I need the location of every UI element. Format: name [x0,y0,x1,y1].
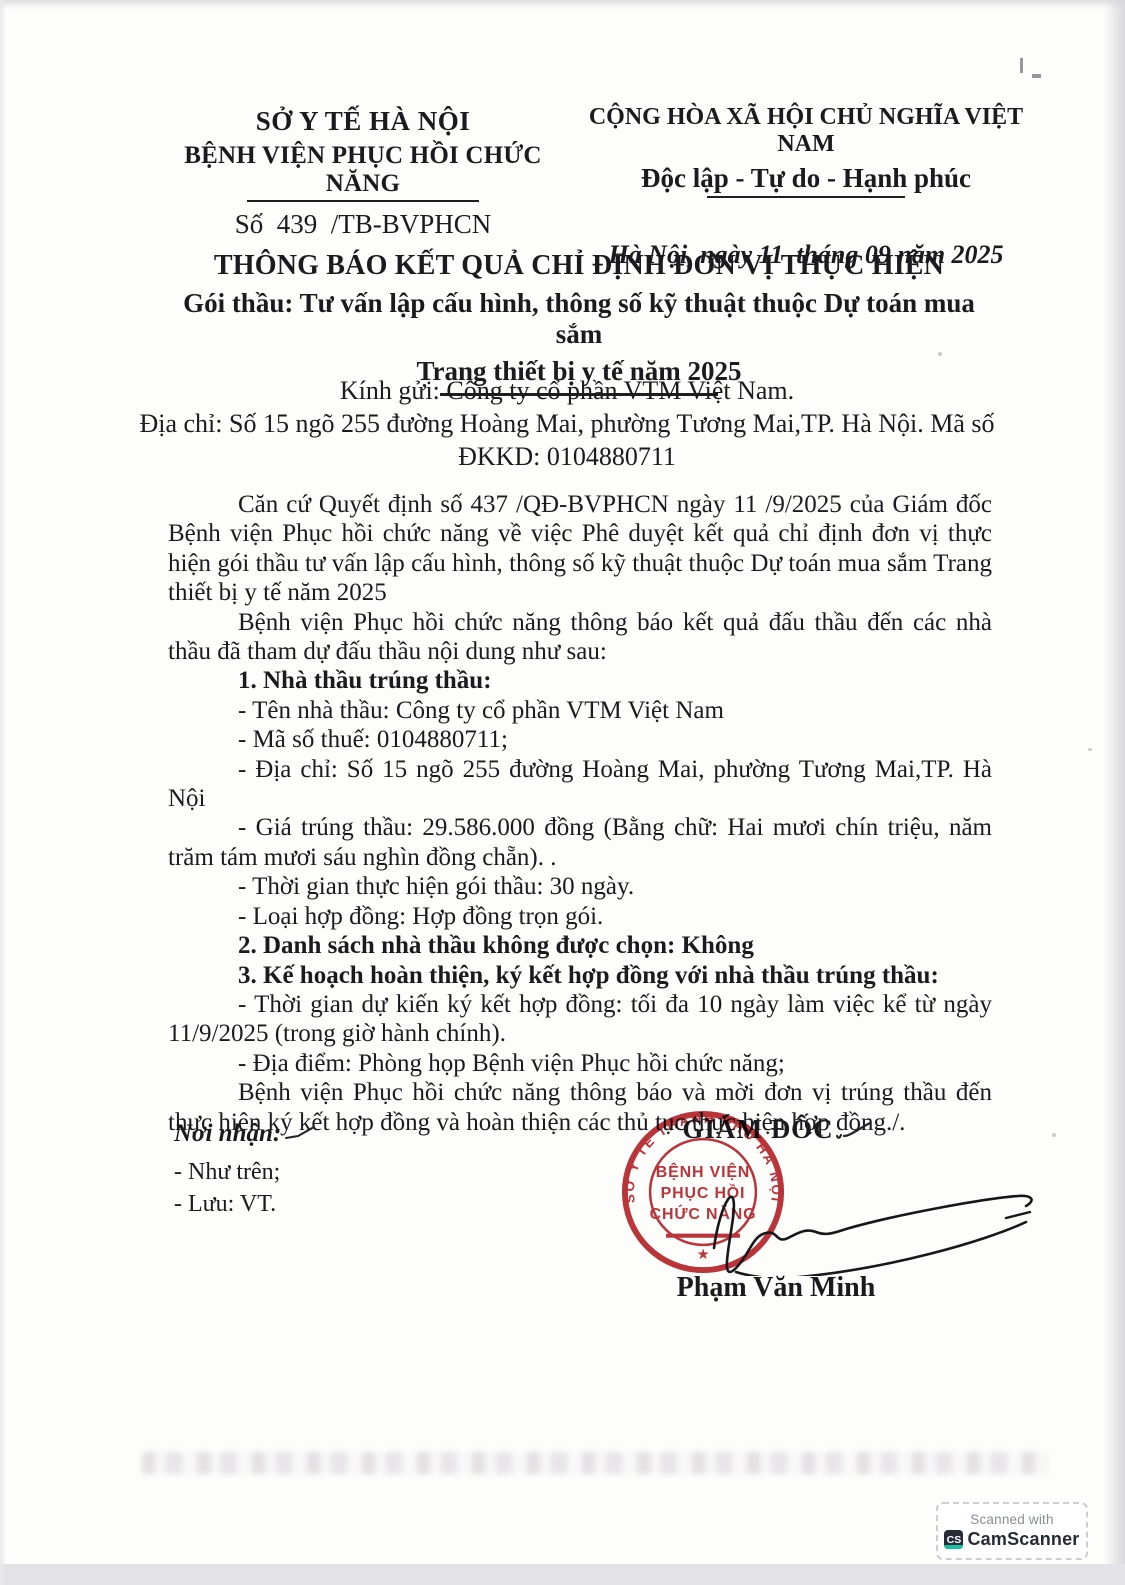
distribution-list: Nơi nhận: - Như trên; - Lưu: VT. [174,1118,317,1220]
issuing-agency-block: SỞ Y TẾ HÀ NỘI BỆNH VIỆN PHỤC HỒI CHỨC N… [148,106,578,240]
camscanner-badge[interactable]: Scanned with CS CamScanner [936,1502,1088,1560]
national-motto-line1: CỘNG HÒA XÃ HỘI CHỦ NGHĨA VIỆT NAM [566,104,1046,158]
recipient-block: Kính gửi: Công ty cổ phần VTM Việt Nam. … [132,374,1002,473]
scan-speck [1088,748,1092,751]
recipient-line2: Địa chỉ: Số 15 ngõ 255 đường Hoàng Mai, … [132,407,1002,440]
scan-edge-top [0,0,1125,9]
section1-item-tax-code: - Mã số thuế: 0104880711; [168,725,992,754]
scan-edge-left [0,0,7,1585]
section2-heading: 2. Danh sách nhà thầu không được chọn: K… [168,931,992,960]
handwritten-slash-mark [283,1125,317,1141]
scan-speck [938,352,942,356]
section1-item-address: - Địa chỉ: Số 15 ngõ 255 đường Hoàng Mai… [168,755,992,814]
recipient-line3: ĐKKD: 0104880711 [132,440,1002,473]
scan-edge-bottom [0,1564,1125,1585]
scan-corner-artifact [1020,58,1041,78]
hospital-name: BỆNH VIỆN PHỤC HỒI CHỨC NĂNG [148,142,578,198]
scan-speck [1052,1133,1056,1137]
paragraph-legal-basis: Căn cứ Quyết định số 437 /QĐ-BVPHCN ngày… [168,490,992,608]
document-body: Căn cứ Quyết định số 437 /QĐ-BVPHCN ngày… [168,490,992,1137]
national-motto-line2: Độc lập - Tự do - Hạnh phúc [566,163,1046,194]
camscanner-logo-icon: CS [944,1530,963,1549]
document-number: Số 439 /TB-BVPHCN [148,209,578,240]
section1-item-winning-price: - Giá trúng thầu: 29.586.000 đồng (Bằng … [168,813,992,872]
signer-name: Phạm Văn Minh [626,1272,926,1304]
section1-item-duration: - Thời gian thực hiện gói thầu: 30 ngày. [168,872,992,901]
hospital-name-underline [247,200,479,202]
camscanner-prefix: Scanned with [970,1512,1053,1527]
recipient-line1: Kính gửi: Công ty cổ phần VTM Việt Nam. [132,374,1002,407]
section1-heading: 1. Nhà thầu trúng thầu: [168,666,992,695]
scan-edge-right [1104,0,1125,1585]
section3-item-location: - Địa điểm: Phòng họp Bệnh viện Phục hồi… [168,1049,992,1078]
distribution-list-label: Nơi nhận: [174,1120,281,1147]
director-signature [688,1136,1048,1276]
distribution-list-heading: Nơi nhận: [174,1118,317,1150]
distribution-item: - Như trên; [174,1156,317,1188]
motto-underline [707,196,905,198]
camscanner-app-name: CamScanner [967,1529,1079,1550]
section3-heading: 3. Kế hoạch hoàn thiện, ký kết hợp đồng … [168,961,992,990]
paragraph-announcement: Bệnh viện Phục hồi chức năng thông báo k… [168,608,992,667]
national-header-block: CỘNG HÒA XÃ HỘI CHỦ NGHĨA VIỆT NAM Độc l… [566,104,1046,270]
distribution-item: - Lưu: VT. [174,1188,317,1220]
section3-item-signing-time: - Thời gian dự kiến ký kết hợp đồng: tối… [168,990,992,1049]
page-bleed-through-smudge [142,1452,1047,1474]
document-title: THÔNG BÁO KẾT QUẢ CHỈ ĐỊNH ĐƠN VỊ THỰC H… [168,250,990,282]
document-subtitle-line1: Gói thầu: Tư vấn lập cấu hình, thông số … [168,288,990,350]
parent-agency-name: SỞ Y TẾ HÀ NỘI [148,106,578,137]
section1-item-contract-type: - Loại hợp đồng: Hợp đồng trọn gói. [168,902,992,931]
section1-item-contractor-name: - Tên nhà thầu: Công ty cổ phần VTM Việt… [168,696,992,725]
scanned-document-page: SỞ Y TẾ HÀ NỘI BỆNH VIỆN PHỤC HỒI CHỨC N… [0,0,1125,1585]
